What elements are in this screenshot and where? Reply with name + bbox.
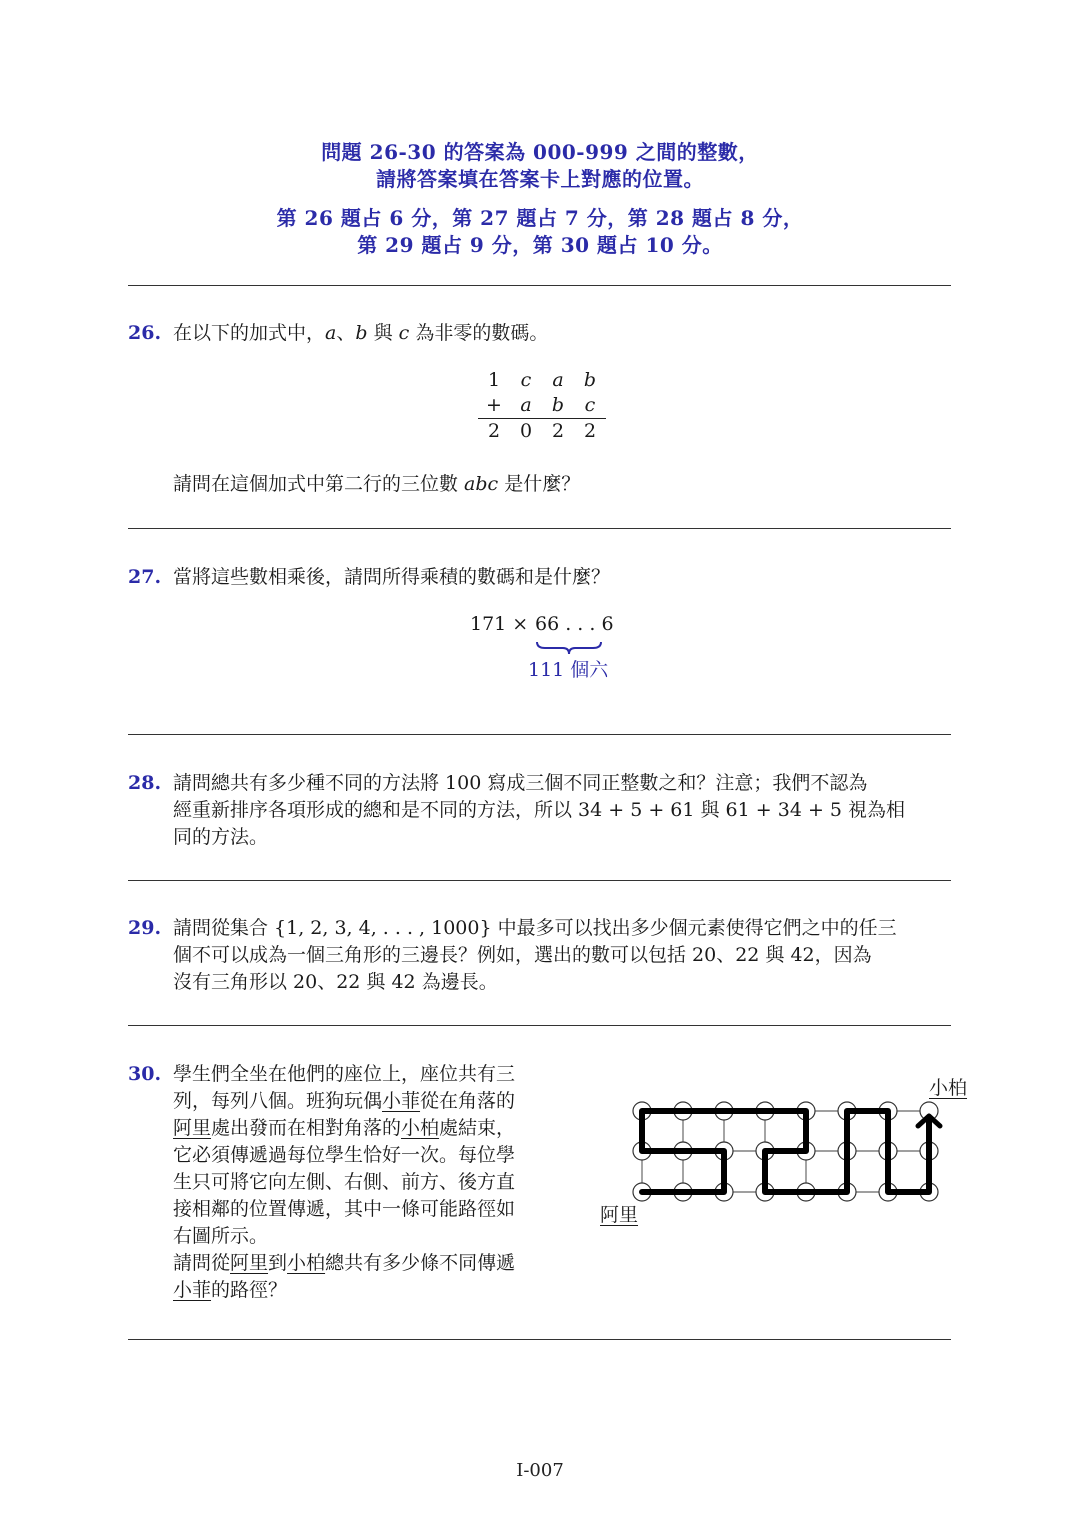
q26-intro-text: 在以下的加式中，	[173, 322, 325, 344]
q30-line: 列，每列八個。班狗玩偶小菲從在角落的	[173, 1088, 573, 1115]
label-end-xiaobo: 小柏	[929, 1073, 967, 1100]
var-abc: abc	[464, 473, 498, 495]
text: 處結束，	[439, 1117, 515, 1139]
name-xiaofei: 小菲	[382, 1090, 420, 1112]
divider	[128, 528, 951, 529]
instructions-line-2: 請將答案填在答案卡上對應的位置。	[0, 163, 1080, 192]
name-ali: 阿里	[173, 1117, 211, 1139]
instructions-line-1: 問題 26-30 的答案為 000-999 之間的整數，	[0, 136, 1080, 165]
q30-line: 阿里處出發而在相對角落的小柏處結束，	[173, 1115, 573, 1142]
digit: b	[542, 393, 574, 419]
q30-line: 請問從阿里到小柏總共有多少條不同傳遞	[173, 1250, 573, 1277]
var-a: a	[325, 322, 336, 344]
underbrace-icon	[535, 640, 603, 656]
q30-line: 右圖所示。	[173, 1223, 573, 1250]
divider	[128, 734, 951, 735]
q26-prompt-text: 請問在這個加式中第二行的三位數	[173, 473, 464, 495]
q26-intro-end: 為非零的數碼。	[409, 322, 548, 344]
digit: c	[574, 393, 606, 419]
q28-line: 同的方法。	[173, 824, 953, 851]
digit: a	[542, 368, 574, 393]
text: 處出發而在相對角落的	[211, 1117, 401, 1139]
q30-line: 它必須傳遞過每位學生恰好一次。每位學	[173, 1142, 573, 1169]
divider	[128, 1025, 951, 1026]
text: 的路徑？	[211, 1279, 287, 1301]
digit: 1	[478, 368, 510, 393]
var-c: c	[399, 322, 410, 344]
q30-line: 學生們全坐在他們的座位上，座位共有三	[173, 1061, 573, 1088]
q30-line: 小菲的路徑？	[173, 1277, 573, 1304]
sum-digit: 2	[478, 419, 510, 445]
question-26-intro: 在以下的加式中，a、b 與 c 為非零的數碼。	[173, 320, 548, 347]
multiplication-right: 66 . . . 6	[535, 613, 614, 635]
q29-line: 請問從集合 {1, 2, 3, 4, . . . , 1000} 中最多可以找出…	[173, 915, 953, 942]
scoring-line-1: 第 26 題占 6 分，第 27 題占 7 分，第 28 題占 8 分，	[0, 202, 1080, 231]
plus-sign: +	[478, 393, 510, 419]
question-28-text: 請問總共有多少種不同的方法將 100 寫成三個不同正整數之和？注意；我們不認為 …	[173, 770, 953, 851]
text: 到	[268, 1252, 287, 1274]
divider	[128, 285, 951, 286]
name-ali: 阿里	[230, 1252, 268, 1274]
q28-line: 經重新排序各項形成的總和是不同的方法，所以 34 + 5 + 61 與 61 +…	[173, 797, 953, 824]
q29-line: 個不可以成為一個三角形的三邊長？例如，選出的數可以包括 20、22 與 42，因…	[173, 942, 953, 969]
q26-prompt-end: 是什麼？	[498, 473, 580, 495]
page-number: I-007	[0, 1460, 1080, 1481]
name-xiaobo: 小柏	[401, 1117, 439, 1139]
question-number-26: 26.	[128, 322, 161, 344]
sum-digit: 2	[574, 419, 606, 445]
text: 請問從	[173, 1252, 230, 1274]
addition-problem: 1 c a b + a b c 2 0 2 2	[478, 368, 606, 444]
question-30-text: 學生們全坐在他們的座位上，座位共有三 列，每列八個。班狗玩偶小菲從在角落的 阿里…	[173, 1061, 573, 1304]
question-number-30: 30.	[128, 1063, 161, 1085]
text: 從在角落的	[420, 1090, 515, 1112]
scoring-line-2: 第 29 題占 9 分，第 30 題占 10 分。	[0, 229, 1080, 258]
question-29-text: 請問從集合 {1, 2, 3, 4, . . . , 1000} 中最多可以找出…	[173, 915, 953, 996]
digit: c	[510, 368, 542, 393]
and-text: 與	[368, 322, 399, 344]
sep: 、	[336, 322, 355, 344]
question-number-27: 27.	[128, 566, 161, 588]
digit: b	[574, 368, 606, 393]
sum-digit: 2	[542, 419, 574, 445]
name-xiaofei: 小菲	[173, 1279, 211, 1301]
digit: a	[510, 393, 542, 419]
q30-line: 生只可將它向左側、右側、前方、後方直	[173, 1169, 573, 1196]
var-b: b	[355, 322, 367, 344]
multiplication-left: 171 ×	[470, 613, 528, 635]
question-26-prompt: 請問在這個加式中第二行的三位數 abc 是什麼？	[173, 471, 580, 498]
q28-line: 請問總共有多少種不同的方法將 100 寫成三個不同正整數之和？注意；我們不認為	[173, 770, 953, 797]
path-line	[642, 1111, 929, 1192]
q30-line: 接相鄰的位置傳遞，其中一條可能路徑如	[173, 1196, 573, 1223]
question-27-text: 當將這些數相乘後，請問所得乘積的數碼和是什麼？	[173, 564, 610, 591]
sum-digit: 0	[510, 419, 542, 445]
label-start-ali: 阿里	[600, 1200, 638, 1227]
question-number-28: 28.	[128, 772, 161, 794]
text: 列，每列八個。班狗玩偶	[173, 1090, 382, 1112]
divider	[128, 880, 951, 881]
question-number-29: 29.	[128, 917, 161, 939]
text: 總共有多少條不同傳遞	[325, 1252, 515, 1274]
divider	[128, 1339, 951, 1340]
q29-line: 沒有三角形以 20、22 與 42 為邊長。	[173, 969, 953, 996]
name-xiaobo: 小柏	[287, 1252, 325, 1274]
brace-label: 111 個六	[528, 655, 608, 682]
